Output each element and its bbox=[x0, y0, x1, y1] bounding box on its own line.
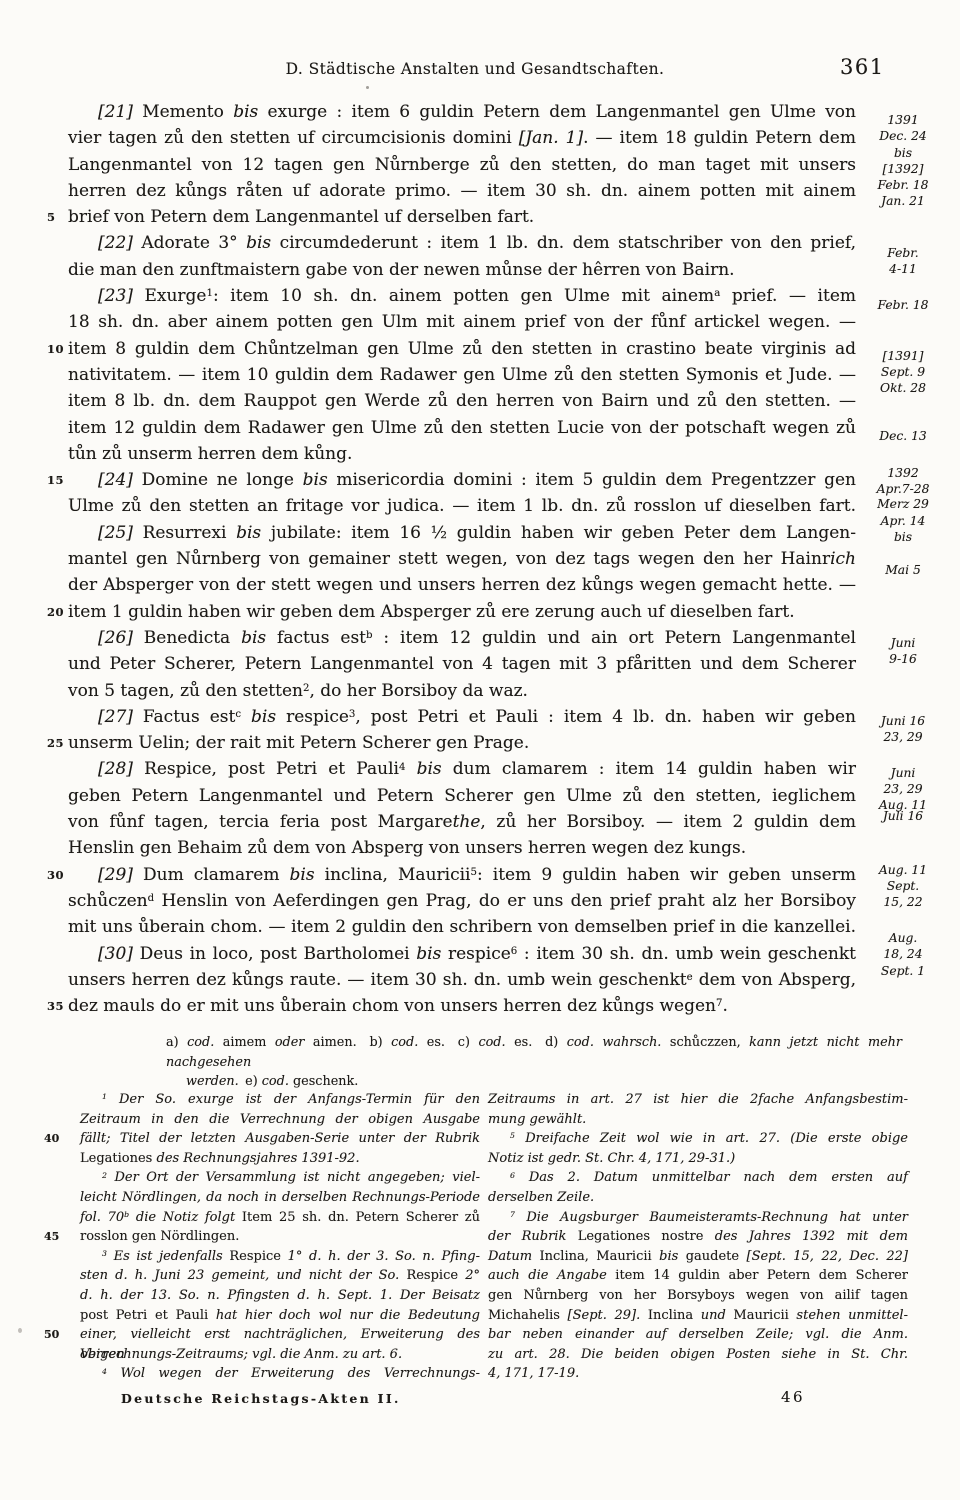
apparatus-line: a) cod. aimem oder aimen. b) cod. es. c)… bbox=[166, 1033, 902, 1072]
text-line: mit uns ůberain chom. — item 2 guldin de… bbox=[68, 914, 856, 940]
footnote-line: 3 Es ist jedenfalls Respice 1° d. h. der… bbox=[80, 1247, 480, 1267]
text-line: [21] Memento bis exurge : item 6 guldin … bbox=[68, 99, 856, 125]
margin-date-note: Febr.4-11 bbox=[854, 245, 952, 278]
text-line: geben Petern Langenmantel und Petern Sch… bbox=[68, 783, 856, 809]
scanned-book-page: D. Städtische Anstalten und Gesandtschaf… bbox=[0, 0, 960, 1500]
margin-date-row: Merz 29 bbox=[854, 496, 952, 512]
footnote-line: fol. 70b die Notiz folgt Item 25 sh. dn.… bbox=[80, 1208, 480, 1228]
margin-date-row: 4-11 bbox=[854, 261, 952, 277]
text-line: und Peter Scherer, Petern Langenmantel v… bbox=[68, 651, 856, 677]
text-line: [22] Adorate 3° bis circumdederunt : ite… bbox=[68, 230, 856, 256]
margin-date-row: Mai 5 bbox=[854, 562, 952, 578]
text-line: unsers herren dez kůngs raute. — item 30… bbox=[68, 967, 856, 993]
margin-date-note: Aug.18, 24 bbox=[854, 930, 952, 963]
footnote-line: Legationes des Rechnungsjahres 1391-92. bbox=[80, 1149, 480, 1169]
text-line: 35dez mauls do er mit uns ůberain chom v… bbox=[68, 993, 856, 1019]
margin-date-row: Febr. 18 bbox=[854, 177, 952, 193]
footnote-line: 40fällt; Titel der letzten Ausgaben-Seri… bbox=[80, 1129, 480, 1149]
margin-date-row: Sept. 9 bbox=[854, 364, 952, 380]
footnote-line: gen Nůrnberg von her Borsyboys wegen von… bbox=[488, 1286, 908, 1306]
text-line: [28] Respice, post Petri et Pauli4 bis d… bbox=[68, 756, 856, 782]
margin-date-row: Sept. 1 bbox=[854, 963, 952, 979]
text-line: 15[24] Domine ne longe bis misericordia … bbox=[68, 467, 856, 493]
footnote-line: Verrechnungs-Zeitraums; vgl. die Anm. zu… bbox=[80, 1345, 480, 1365]
footnote-line: leicht Nördlingen, da noch in derselben … bbox=[80, 1188, 480, 1208]
footnote-line: 4, 171, 17-19. bbox=[488, 1364, 908, 1384]
margin-date-note: Dec. 13 bbox=[854, 428, 952, 444]
margin-date-note: 1391Dec. 24bis[1392]Febr. 18Jan. 21 bbox=[854, 112, 952, 210]
text-line: [23] Exurge1: item 10 sh. dn. ainem pott… bbox=[68, 283, 856, 309]
footnote-line: Michahelis [Sept. 29]. Inclina und Mauri… bbox=[488, 1306, 908, 1326]
margin-date-note: Apr. 14bis bbox=[854, 513, 952, 546]
footnote-line: Notiz ist gedr. St. Chr. 4, 171, 29-31.) bbox=[488, 1149, 908, 1169]
text-line: item 8 lb. dn. dem Rauppot gen Werde zů … bbox=[68, 388, 856, 414]
footnote-line: derselben Zeile. bbox=[488, 1188, 908, 1208]
footnote-line: bar neben einander auf derselben Zeile; … bbox=[488, 1325, 908, 1345]
text-line: mantel gen Nůrnberg von gemainer stett w… bbox=[68, 546, 856, 572]
text-line: vier tagen zů den stetten uf circumcisio… bbox=[68, 125, 856, 151]
footnote-line: auch die Angabe item 14 guldin aber Pete… bbox=[488, 1266, 908, 1286]
margin-date-row: Juli 16 bbox=[854, 808, 952, 824]
text-line: [26] Benedicta bis factus estb : item 12… bbox=[68, 625, 856, 651]
margin-date-row: Jan. 21 bbox=[854, 193, 952, 209]
text-line: [25] Resurrexi bis jubilate: item 16 ½ g… bbox=[68, 520, 856, 546]
series-title: Deutsche Reichstags-Akten II. bbox=[121, 1391, 401, 1406]
line-number: 15 bbox=[47, 475, 65, 487]
footnote-line: d. h. der 13. So. n. Pfingsten d. h. Sep… bbox=[80, 1286, 480, 1306]
text-line: die man den zunftmaistern gabe von der n… bbox=[68, 257, 856, 283]
margin-date-row: Aug. bbox=[854, 930, 952, 946]
footnote-line: post Petri et Pauli hat hier doch wol nu… bbox=[80, 1306, 480, 1326]
margin-date-row: Juni 16 bbox=[854, 713, 952, 729]
margin-date-note: Aug. 11Sept.15, 22 bbox=[854, 862, 952, 911]
margin-date-note: [1391]Sept. 9Okt. 28 bbox=[854, 348, 952, 397]
main-text-block: [21] Memento bis exurge : item 6 guldin … bbox=[68, 99, 856, 1019]
margin-date-row: bis bbox=[854, 145, 952, 161]
margin-date-note: Juni 1623, 29 bbox=[854, 713, 952, 746]
margin-date-row: Okt. 28 bbox=[854, 380, 952, 396]
margin-date-row: 1391 bbox=[854, 112, 952, 128]
footnote-line: Zeitraums in art. 27 ist hier die 2fache… bbox=[488, 1090, 908, 1110]
margin-date-row: Apr. 14 bbox=[854, 513, 952, 529]
page-number: 361 bbox=[840, 55, 885, 79]
text-line: 30[29] Dum clamarem bis inclina, Maurici… bbox=[68, 862, 856, 888]
margin-date-note: Juni9-16 bbox=[854, 635, 952, 668]
margin-date-row: Dec. 24 bbox=[854, 128, 952, 144]
footnotes-left-column: 1 Der So. exurge ist der Anfangs-Termin … bbox=[80, 1090, 480, 1384]
margin-date-row: 15, 22 bbox=[854, 894, 952, 910]
footnote-line: 1 Der So. exurge ist der Anfangs-Termin … bbox=[80, 1090, 480, 1110]
footnote-line: Zeitraum in den die Verrechnung der obig… bbox=[80, 1110, 480, 1130]
margin-date-row: 1392 bbox=[854, 465, 952, 481]
line-number: 20 bbox=[47, 607, 65, 619]
footnote-line: mung gewählt. bbox=[488, 1110, 908, 1130]
footnote-line: 50einer, vielleicht erst nachträglichen,… bbox=[80, 1325, 480, 1345]
text-line: [27] Factus estc bis respice3, post Petr… bbox=[68, 704, 856, 730]
line-number: 40 bbox=[44, 1133, 72, 1144]
margin-date-row: Sept. bbox=[854, 878, 952, 894]
margin-date-row: 18, 24 bbox=[854, 946, 952, 962]
footnote-line: Datum Inclina, Mauricii bis gaudete [Sep… bbox=[488, 1247, 908, 1267]
text-line: Henslin gen Behaim zů dem von Absperg vo… bbox=[68, 835, 856, 861]
text-line: der Absperger von der stett wegen und un… bbox=[68, 572, 856, 598]
text-line: tůn zů unserm herren dem kůng. bbox=[68, 441, 856, 467]
text-line: Ulme zů den stetten an fritage vor judic… bbox=[68, 493, 856, 519]
footnote-line: 6 Das 2. Datum unmittelbar nach dem erst… bbox=[488, 1168, 908, 1188]
margin-date-row: Febr. bbox=[854, 245, 952, 261]
margin-date-note: Merz 29 bbox=[854, 496, 952, 512]
line-number: 35 bbox=[47, 1001, 65, 1013]
margin-date-note: Mai 5 bbox=[854, 562, 952, 578]
text-line: 25unserm Uelin; der rait mit Petern Sche… bbox=[68, 730, 856, 756]
footnote-line: 4 Wol wegen der Erweiterung des Verrechn… bbox=[80, 1364, 480, 1384]
footnote-line: 45rosslon gen Nördlingen. bbox=[80, 1227, 480, 1247]
margin-date-row: Dec. 13 bbox=[854, 428, 952, 444]
text-line: schůczend Henslin von Aeferdingen gen Pr… bbox=[68, 888, 856, 914]
text-line: von fůnf tagen, tercia feria post Margar… bbox=[68, 809, 856, 835]
margin-date-note: Juli 16 bbox=[854, 808, 952, 824]
footnote-line: 7 Die Augsburger Baumeisteramts-Rechnung… bbox=[488, 1208, 908, 1228]
footnote-line: 2 Der Ort der Versammlung ist nicht ange… bbox=[80, 1168, 480, 1188]
line-number: 10 bbox=[47, 344, 65, 356]
margin-date-row: Aug. 11 bbox=[854, 862, 952, 878]
margin-date-row: Febr. 18 bbox=[854, 297, 952, 313]
margin-date-note: Juni23, 29Aug. 11 bbox=[854, 765, 952, 814]
sheet-signature: 46 bbox=[781, 1388, 805, 1406]
text-line: 5brief von Petern dem Langenmantel uf de… bbox=[68, 204, 856, 230]
line-number: 25 bbox=[47, 738, 65, 750]
margin-date-row: 23, 29 bbox=[854, 729, 952, 745]
line-number: 5 bbox=[47, 212, 65, 224]
text-line: 18 sh. dn. aber ainem potten gen Ulm mit… bbox=[68, 309, 856, 335]
text-line: nativitatem. — item 10 guldin dem Radawe… bbox=[68, 362, 856, 388]
text-line: 20item 1 guldin haben wir geben dem Absp… bbox=[68, 599, 856, 625]
footnotes-right-column: Zeitraums in art. 27 ist hier die 2fache… bbox=[488, 1090, 908, 1384]
margin-date-note: Sept. 1 bbox=[854, 963, 952, 979]
text-line: [30] Deus in loco, post Bartholomei bis … bbox=[68, 941, 856, 967]
running-title: D. Städtische Anstalten und Gesandtschaf… bbox=[81, 60, 869, 78]
margin-date-note: Febr. 18 bbox=[854, 297, 952, 313]
margin-date-row: bis bbox=[854, 529, 952, 545]
margin-date-row: 9-16 bbox=[854, 651, 952, 667]
text-line: Langenmantel von 12 tagen gen Nůrnberge … bbox=[68, 152, 856, 178]
line-number: 30 bbox=[47, 870, 65, 882]
text-line: von 5 tagen, zů den stetten2, do her Bor… bbox=[68, 678, 856, 704]
footnote-line: sten d. h. Juni 23 gemeint, und nicht de… bbox=[80, 1266, 480, 1286]
margin-date-note: 1392Apr.7-28 bbox=[854, 465, 952, 498]
margin-date-row: Juni bbox=[854, 635, 952, 651]
margin-date-row: [1391] bbox=[854, 348, 952, 364]
footnote-line: zu art. 28. Die beiden obigen Posten sie… bbox=[488, 1345, 908, 1365]
margin-date-row: Juni bbox=[854, 765, 952, 781]
page-header: D. Städtische Anstalten und Gesandtschaf… bbox=[68, 60, 856, 78]
critical-apparatus: a) cod. aimem oder aimen. b) cod. es. c)… bbox=[166, 1033, 902, 1092]
footnote-line: 5 Dreifache Zeit wol wie in art. 27. (Di… bbox=[488, 1129, 908, 1149]
apparatus-line: werden. e) cod. geschenk. bbox=[186, 1072, 902, 1092]
margin-date-row: [1392] bbox=[854, 161, 952, 177]
margin-date-row: 23, 29 bbox=[854, 781, 952, 797]
text-line: item 12 guldin dem Radawer gen Ulme zů d… bbox=[68, 415, 856, 441]
line-number: 50 bbox=[44, 1329, 72, 1340]
footnote-line: der Rubrik Legationes nostre des Jahres … bbox=[488, 1227, 908, 1247]
line-number: 45 bbox=[44, 1231, 72, 1242]
text-line: 10item 8 guldin dem Chůntzelman gen Ulme… bbox=[68, 336, 856, 362]
text-line: herren dez kůngs råten uf adorate primo.… bbox=[68, 178, 856, 204]
